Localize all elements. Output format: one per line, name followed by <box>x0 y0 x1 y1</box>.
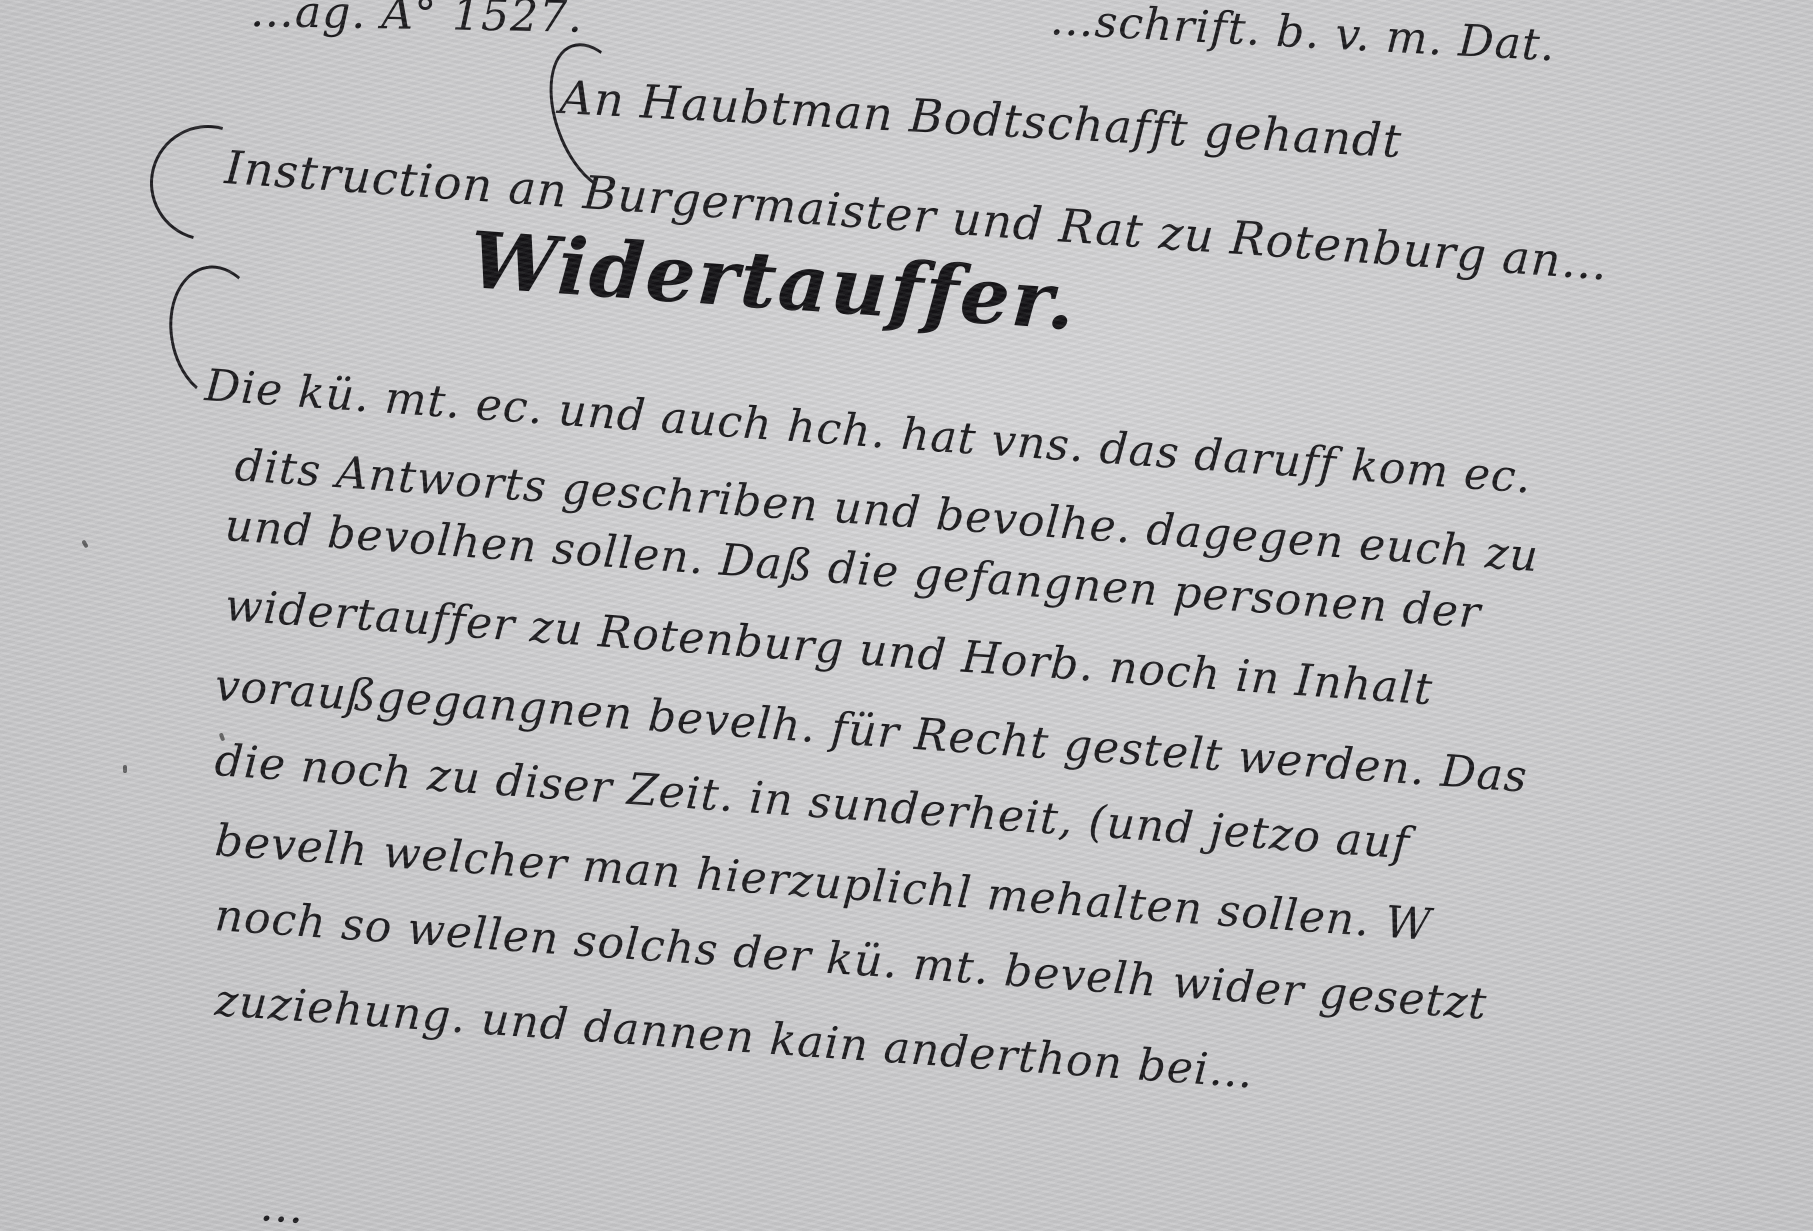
header-date-line: …ag. A° 1527. <box>250 0 584 43</box>
address-line-1: An Haubtman Bodtschafft gehandt <box>559 70 1404 168</box>
paper-speck <box>81 540 88 549</box>
paper-speck <box>123 765 127 773</box>
body-line-10: … <box>258 1180 306 1231</box>
manuscript-photo: …ag. A° 1527. …schrift. b. v. m. Dat. An… <box>0 0 1813 1231</box>
header-right-line: …schrift. b. v. m. Dat. <box>1049 0 1557 71</box>
